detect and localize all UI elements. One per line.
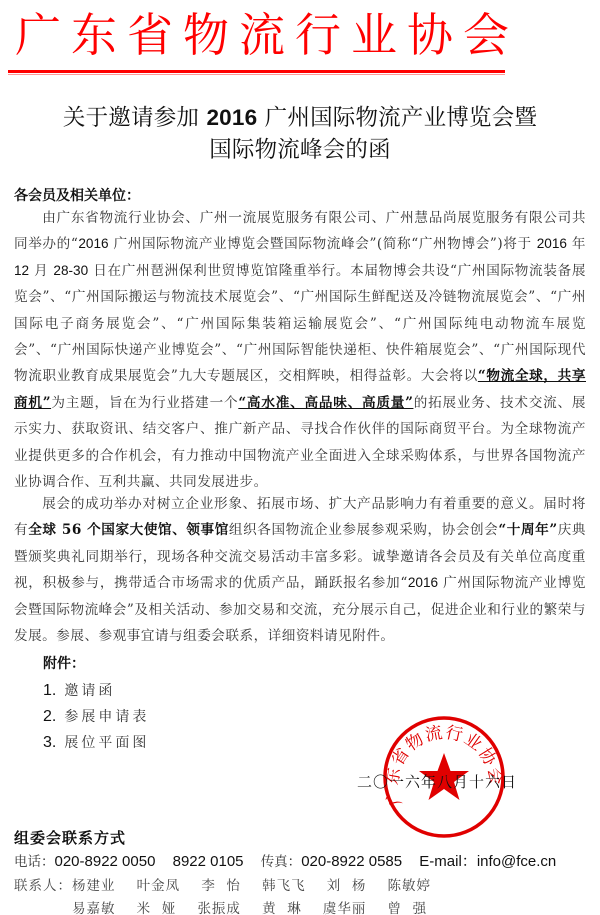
attachment-item[interactable]: 3.展位平面图 xyxy=(43,732,149,752)
org-title-char: 会 xyxy=(460,6,512,64)
org-title-char: 物 xyxy=(180,6,232,64)
attachment-label: 展位平面图 xyxy=(64,735,149,751)
slogan-text: “高水准、高品味、高质量” xyxy=(238,395,413,411)
text: 组织各国物流企业参展参观采购，协会创会 xyxy=(229,522,498,538)
contact-people-row-2: 易嘉敏 米 娅 张振成 黄 琳 虞华丽 曾 强 xyxy=(72,897,427,915)
title-text: 广州国际物流产业博览会暨 xyxy=(257,105,537,131)
org-title-char: 协 xyxy=(404,6,456,64)
year: 2016 xyxy=(78,236,108,251)
phone-label: 电话： xyxy=(14,854,55,870)
contact-person: 米 娅 xyxy=(137,901,177,915)
attachments-heading: 附件： xyxy=(43,653,85,673)
phone-number[interactable]: 8922 0105 xyxy=(173,853,244,870)
contact-person: 陈敏婷 xyxy=(388,878,432,894)
text: 为主题，旨在为行业搭建一个 xyxy=(51,395,238,411)
text: 广州国际物流产业博览会暨国际物流峰会”(简称“广州物博会”)将于 xyxy=(109,236,537,252)
attachment-number: 3. xyxy=(43,734,56,751)
fax-number: 020-8922 0585 xyxy=(301,853,402,870)
attachment-item[interactable]: 2.参展申请表 xyxy=(43,706,149,726)
contact-person: 虞华丽 xyxy=(323,901,367,915)
text: 日在广州琶洲保利世贸博览馆隆重举行。本届物博会共设“广州国际物流装备展览会”、“… xyxy=(14,263,586,385)
org-title-char: 行 xyxy=(292,6,344,64)
contact-person: 易嘉敏 xyxy=(72,901,116,915)
salutation: 各会员及相关单位： xyxy=(14,185,140,205)
year: 2016 xyxy=(537,236,567,251)
org-title-char: 业 xyxy=(348,6,400,64)
text: 年 xyxy=(567,236,586,252)
contact-info-line: 电话：020-8922 0050 8922 0105 传真：020-8922 0… xyxy=(14,850,556,871)
organization-title: 广 东 省 物 流 行 业 协 会 xyxy=(12,6,512,64)
contact-person: 曾 强 xyxy=(388,901,428,915)
email-link[interactable]: info@fce.cn xyxy=(477,853,556,870)
text: 月 xyxy=(29,263,53,279)
contact-people-row-1: 联系人：杨建业 叶金凤 李 怡 韩飞飞 刘 杨 陈敏婷 xyxy=(14,874,431,894)
contact-person: 杨建业 xyxy=(72,878,116,894)
contact-person: 刘 杨 xyxy=(327,878,367,894)
highlight-text: “十周年” xyxy=(498,522,557,538)
days: 28-30 xyxy=(53,263,88,278)
email-label: E-mail： xyxy=(419,853,477,870)
header-divider-shadow xyxy=(8,74,505,75)
year: 2016 xyxy=(408,575,438,590)
contact-person: 张振成 xyxy=(197,901,241,915)
document-title-line2: 国际物流峰会的函 xyxy=(0,132,600,164)
contact-person: 韩飞飞 xyxy=(262,878,306,894)
attachment-number: 1. xyxy=(43,682,56,699)
body-paragraph-1: 由广东省物流行业协会、广州一流展览服务有限公司、广州慧品尚展览服务有限公司共同举… xyxy=(14,205,586,495)
title-year: 2016 xyxy=(206,105,257,130)
highlight-text: 全球 56 个国家大使馆、领事馆 xyxy=(28,522,229,538)
document-title-line1: 关于邀请参加 2016 广州国际物流产业博览会暨 xyxy=(0,100,600,132)
attachment-label: 邀请函 xyxy=(64,683,115,699)
signature-date: 二〇一六年八月十六日 xyxy=(357,771,517,792)
contact-person: 黄 琳 xyxy=(262,901,302,915)
header-divider xyxy=(8,70,505,73)
people-label: 联系人： xyxy=(14,878,72,894)
fax-label: 传真： xyxy=(261,854,302,870)
contact-person: 李 怡 xyxy=(201,878,241,894)
org-title-char: 流 xyxy=(236,6,288,64)
org-title-char: 东 xyxy=(68,6,120,64)
title-text: 关于邀请参加 xyxy=(63,105,207,131)
org-title-char: 省 xyxy=(124,6,176,64)
attachment-number: 2. xyxy=(43,708,56,725)
month: 12 xyxy=(14,263,29,278)
body-paragraph-2: 展会的成功举办对树立企业形象、拓展市场、扩大产品影响力有着重要的意义。届时将有全… xyxy=(14,491,586,649)
attachment-label: 参展申请表 xyxy=(64,709,149,725)
contact-person: 叶金凤 xyxy=(137,878,181,894)
org-title-char: 广 xyxy=(12,6,64,64)
phone-number[interactable]: 020-8922 0050 xyxy=(55,853,156,870)
contact-heading: 组委会联系方式 xyxy=(14,827,126,848)
attachment-item[interactable]: 1.邀请函 xyxy=(43,680,115,700)
